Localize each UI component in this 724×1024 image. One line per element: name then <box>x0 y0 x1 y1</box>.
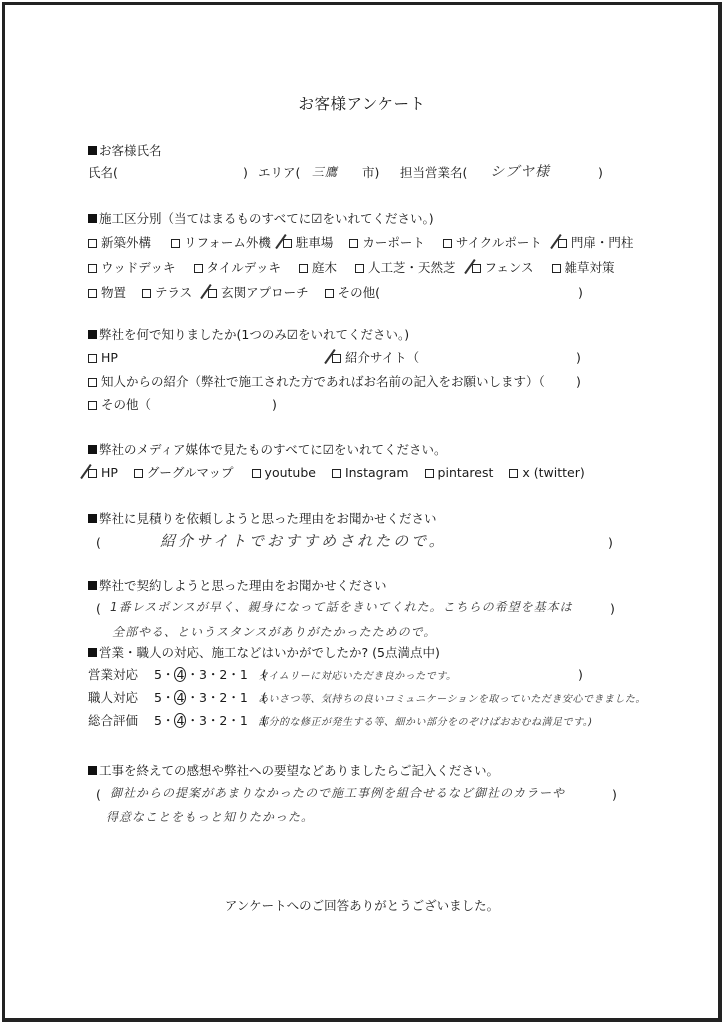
option-weed[interactable]: 雑草対策 <box>552 260 615 276</box>
option-turf[interactable]: 人工芝・天然芝 <box>355 260 456 276</box>
name-close: ) <box>243 165 248 181</box>
option-other[interactable]: その他( <box>325 285 380 301</box>
source-other-close: ) <box>272 397 277 413</box>
checkbox-checked-icon[interactable] <box>558 239 567 248</box>
option-tiledeck[interactable]: タイルデッキ <box>194 260 282 276</box>
source-referral[interactable]: 知人からの紹介（弊社で施工された方であればお名前の記入をお願いします）（ <box>88 374 545 390</box>
construction-row-2: ウッドデッキ タイルデッキ 庭木 人工芝・天然芝 フェンス 雑草対策 <box>88 260 629 276</box>
rating-close: ) <box>578 667 583 683</box>
rating-scale[interactable]: 5・4・3・2・1 <box>154 690 248 705</box>
thank-you-message: アンケートへのご回答ありがとうございました。 <box>0 898 724 914</box>
feedback-open: ( <box>96 787 101 803</box>
rating-scale[interactable]: 5・4・3・2・1 <box>154 713 248 728</box>
rating-label: 総合評価 <box>88 713 150 729</box>
media-googlemap[interactable]: グーグルマップ <box>134 465 234 481</box>
option-approach[interactable]: 玄関アプローチ <box>208 285 309 301</box>
option-reform[interactable]: リフォーム外機 <box>171 235 271 251</box>
section-header-media: 弊社のメディア媒体で見たものすべてに☑をいれてください。 <box>88 442 446 458</box>
media-pintarest[interactable]: pintarest <box>425 465 494 481</box>
contract-close: ) <box>610 601 615 617</box>
intro-site-close: ) <box>576 350 581 366</box>
checkbox-icon[interactable] <box>88 401 97 410</box>
checkbox-icon[interactable] <box>509 469 518 478</box>
section-header-source: 弊社を何で知りましたか(1つのみ☑をいれてください。) <box>88 327 409 343</box>
section-header-contract: 弊社で契約しようと思った理由をお聞かせください <box>88 578 387 594</box>
area-field[interactable]: 三鷹 <box>312 163 338 180</box>
area-label: エリア( <box>258 165 300 181</box>
contract-open: ( <box>96 601 101 617</box>
checkbox-icon[interactable] <box>88 289 97 298</box>
media-youtube[interactable]: youtube <box>252 465 316 481</box>
feedback-answer-line1[interactable]: 御社からの提案があまりなかったので施工事例を組合せるなど御社のカラーや <box>110 784 565 801</box>
selected-circle[interactable]: 4 <box>174 690 186 705</box>
checkbox-checked-icon[interactable] <box>472 264 481 273</box>
checkbox-icon[interactable] <box>332 469 341 478</box>
estimate-open: ( <box>96 535 101 551</box>
option-wooddeck[interactable]: ウッドデッキ <box>88 260 176 276</box>
rating-row-overall: 総合評価 5・4・3・2・1 ( <box>88 713 267 729</box>
rep-field[interactable]: シブヤ様 <box>490 161 550 181</box>
rating-scale[interactable]: 5・4・3・2・1 <box>154 667 248 682</box>
rating-label: 職人対応 <box>88 690 150 706</box>
section-header-feedback: 工事を終えての感想や弊社への要望などありましたらご記入ください。 <box>88 763 499 779</box>
contract-answer-line1[interactable]: 1番レスポンスが早く、親身になって話をきいてくれた。こちらの希望を基本は <box>110 598 573 615</box>
checkbox-icon[interactable] <box>349 239 358 248</box>
option-shinchiku[interactable]: 新築外構 <box>88 235 151 251</box>
selected-circle[interactable]: 4 <box>174 713 186 728</box>
media-hp[interactable]: HP <box>88 465 118 481</box>
page-title: お客様アンケート <box>0 92 724 114</box>
checkbox-icon[interactable] <box>88 239 97 248</box>
estimate-answer[interactable]: 紹介サイトでおすすめされたので。 <box>160 530 447 551</box>
rating-row-craftsman: 職人対応 5・4・3・2・1 ( <box>88 690 267 706</box>
source-intro-site[interactable]: 紹介サイト（ <box>332 350 419 366</box>
section-header-customer: お客様氏名 <box>88 143 162 159</box>
checkbox-checked-icon[interactable] <box>283 239 292 248</box>
media-x[interactable]: x (twitter) <box>509 465 584 481</box>
selected-circle[interactable]: 4 <box>174 667 186 682</box>
checkbox-icon[interactable] <box>443 239 452 248</box>
name-field[interactable] <box>120 165 240 181</box>
referral-close: ) <box>576 374 581 390</box>
source-hp[interactable]: HP <box>88 350 118 366</box>
feedback-answer-line2[interactable]: 得意なことをもっと知りたかった。 <box>106 808 314 825</box>
checkbox-icon[interactable] <box>171 239 180 248</box>
rep-close: ) <box>598 165 603 181</box>
option-cycleport[interactable]: サイクルポート <box>443 235 542 251</box>
other-close: ) <box>578 285 583 301</box>
section-header-estimate: 弊社に見積りを依頼しようと思った理由をお聞かせください <box>88 511 437 527</box>
area-suffix: 市) <box>362 165 379 181</box>
rating-comment-sales[interactable]: タイムリーに対応いただき良かったです。 <box>258 667 457 682</box>
option-fence[interactable]: フェンス <box>472 260 534 276</box>
checkbox-icon[interactable] <box>325 289 334 298</box>
checkbox-checked-icon[interactable] <box>208 289 217 298</box>
checkbox-icon[interactable] <box>88 354 97 363</box>
option-carport[interactable]: カーポート <box>349 235 425 251</box>
media-options: HP グーグルマップ youtube Instagram pintarest x… <box>88 465 599 481</box>
estimate-close: ) <box>608 535 613 551</box>
checkbox-icon[interactable] <box>299 264 308 273</box>
option-terrace[interactable]: テラス <box>142 285 192 301</box>
section-header-construction: 施工区分別（当てはまるものすべてに☑をいれてください。) <box>88 211 434 227</box>
contract-answer-line2[interactable]: 全部やる、というスタンスがありがたかったためので。 <box>112 623 436 640</box>
rating-row-sales: 営業対応 5・4・3・2・1 ( <box>88 667 267 683</box>
checkbox-checked-icon[interactable] <box>332 354 341 363</box>
rating-comment-overall[interactable]: 部分的な修正が発生する等、細かい部分をのぞけばおおむね満足です。) <box>258 713 593 728</box>
checkbox-icon[interactable] <box>88 264 97 273</box>
checkbox-icon[interactable] <box>194 264 203 273</box>
rating-label: 営業対応 <box>88 667 150 683</box>
checkbox-icon[interactable] <box>252 469 261 478</box>
checkbox-icon[interactable] <box>134 469 143 478</box>
rating-comment-craftsman[interactable]: あいさつ等、気持ちの良いコミュニケーションを取っていただき安心できました。 <box>258 690 646 705</box>
name-label: 氏名( <box>88 165 118 181</box>
checkbox-icon[interactable] <box>355 264 364 273</box>
media-instagram[interactable]: Instagram <box>332 465 409 481</box>
option-gate[interactable]: 門扉・門柱 <box>558 235 634 251</box>
option-storage[interactable]: 物置 <box>88 285 126 301</box>
construction-row-3: 物置 テラス 玄関アプローチ その他( <box>88 285 394 301</box>
checkbox-icon[interactable] <box>425 469 434 478</box>
section-header-ratings: 営業・職人の対応、施工などはいかがでしたか? (5点満点中) <box>88 645 440 661</box>
source-other[interactable]: その他（ <box>88 397 151 413</box>
feedback-close: ) <box>612 787 617 803</box>
checkbox-icon[interactable] <box>142 289 151 298</box>
option-parking[interactable]: 駐車場 <box>283 235 334 251</box>
checkbox-checked-icon[interactable] <box>88 469 97 478</box>
checkbox-icon[interactable] <box>88 378 97 387</box>
rep-label: 担当営業名( <box>400 165 467 181</box>
checkbox-icon[interactable] <box>552 264 561 273</box>
construction-row-1: 新築外構 リフォーム外機 駐車場 カーポート サイクルポート 門扉・門柱 <box>88 235 647 251</box>
option-garden-tree[interactable]: 庭木 <box>299 260 337 276</box>
